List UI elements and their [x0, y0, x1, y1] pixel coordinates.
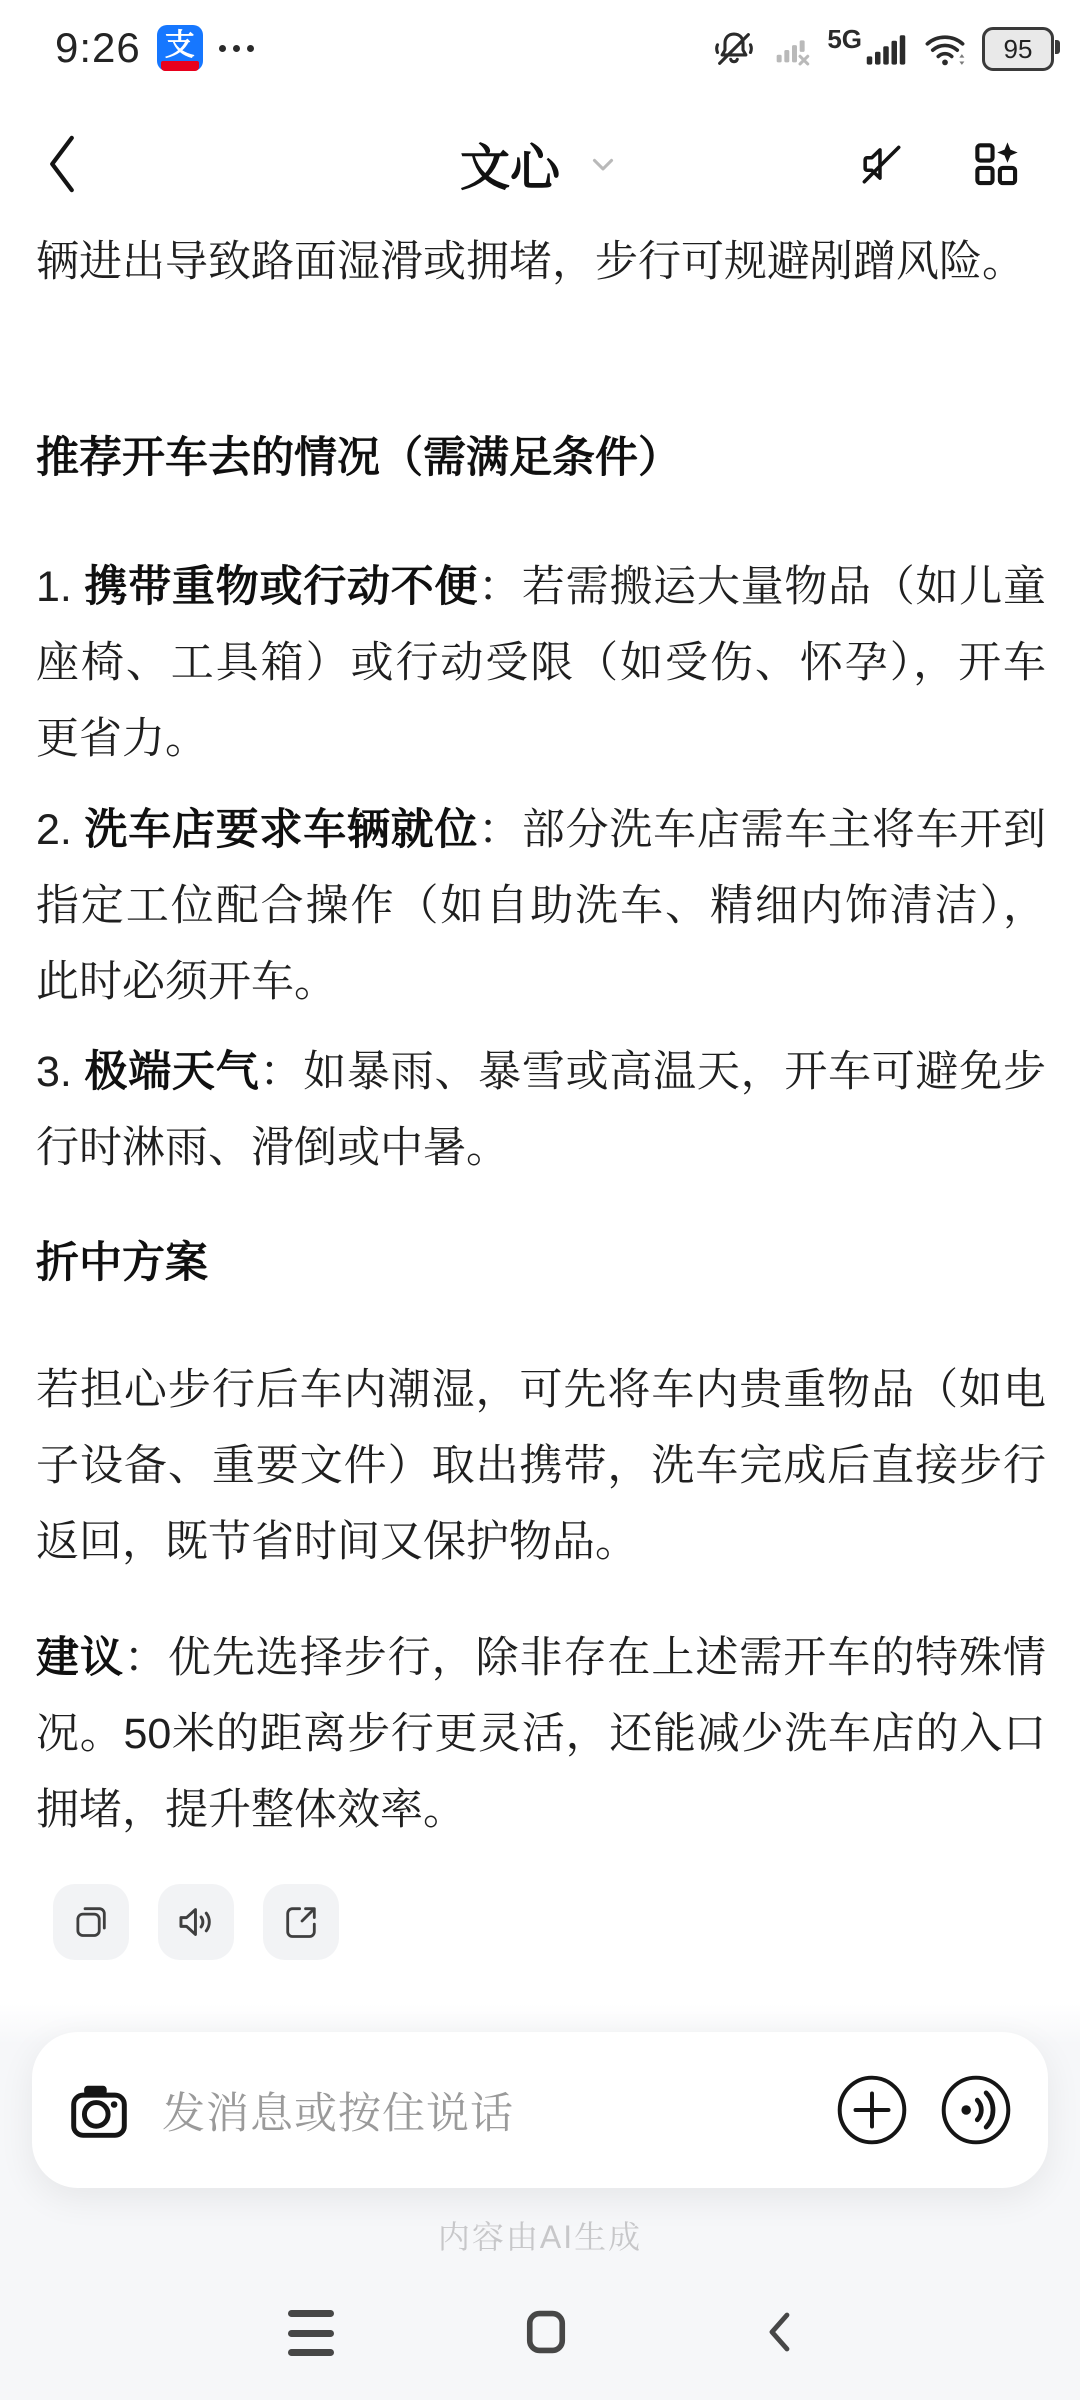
- section-heading-drive: 推荐开车去的情况（需满足条件）: [36, 420, 1046, 496]
- model-selector[interactable]: 文心: [460, 118, 620, 210]
- app-header: 文心: [0, 118, 1080, 210]
- 5g-signal-icon: 5G: [827, 26, 908, 72]
- list-item-2: 2. 洗车店要求车辆就位：部分洗车店需车主将车开到指定工位配合操作（如自助洗车、…: [36, 792, 1046, 1020]
- list-item-1: 1. 携带重物或行动不便：若需搬运大量物品（如儿童座椅、工具箱）或行动受限（如受…: [36, 549, 1046, 777]
- alipay-notification-icon: 支: [157, 25, 203, 71]
- share-icon: [280, 1901, 322, 1943]
- copy-button[interactable]: [53, 1884, 129, 1960]
- message-input-bar[interactable]: 发消息或按住说话: [32, 2032, 1048, 2188]
- page-title: 文心: [460, 128, 560, 200]
- android-recents-button[interactable]: [288, 2310, 334, 2356]
- copy-icon: [70, 1901, 112, 1943]
- bottom-panel: 发消息或按住说话 内容由AI生成: [0, 2004, 1080, 2400]
- battery-indicator: 95: [982, 27, 1054, 71]
- speaker-icon: [174, 1900, 218, 1944]
- camera-icon[interactable]: [66, 2077, 132, 2143]
- chevron-down-icon: [586, 147, 620, 181]
- android-home-button[interactable]: [520, 2306, 572, 2358]
- share-button[interactable]: [263, 1884, 339, 1960]
- clock: 9:26: [55, 24, 141, 72]
- add-attachment-button[interactable]: [834, 2072, 910, 2148]
- no-sim-signal-icon: [769, 26, 815, 72]
- assistant-paragraph: 若担心步行后车内潮湿，可先将车内贵重物品（如电子设备、重要文件）取出携带，洗车完…: [36, 1352, 1046, 1580]
- read-aloud-button[interactable]: [158, 1884, 234, 1960]
- ai-generated-disclaimer: 内容由AI生成: [0, 2212, 1080, 2258]
- mute-bell-icon: [711, 26, 757, 72]
- voice-readaloud-off-button[interactable]: [856, 136, 906, 192]
- wifi-icon: [920, 26, 970, 72]
- back-button[interactable]: [42, 132, 86, 196]
- phone-screen: 9:26 支: [0, 0, 1080, 2400]
- message-input-placeholder[interactable]: 发消息或按住说话: [162, 2080, 834, 2141]
- advice-paragraph: 建议：优先选择步行，除非存在上述需开车的特殊情况。50米的距离步行更灵活，还能减…: [36, 1620, 1046, 1848]
- android-back-button[interactable]: [756, 2306, 804, 2358]
- voice-input-button[interactable]: [938, 2072, 1014, 2148]
- status-bar: 9:26 支: [0, 0, 1080, 95]
- section-heading-compromise: 折中方案: [36, 1225, 1046, 1301]
- list-item-3: 3. 极端天气：如暴雨、暴雪或高温天，开车可避免步行时淋雨、滑倒或中暑。: [36, 1034, 1046, 1186]
- more-notifications-icon: [219, 45, 254, 52]
- alipay-ribbon: [161, 61, 199, 71]
- apps-grid-button[interactable]: [970, 136, 1022, 192]
- assistant-paragraph: 辆进出导致路面湿滑或拥堵，步行可规避剐蹭风险。: [36, 224, 1046, 300]
